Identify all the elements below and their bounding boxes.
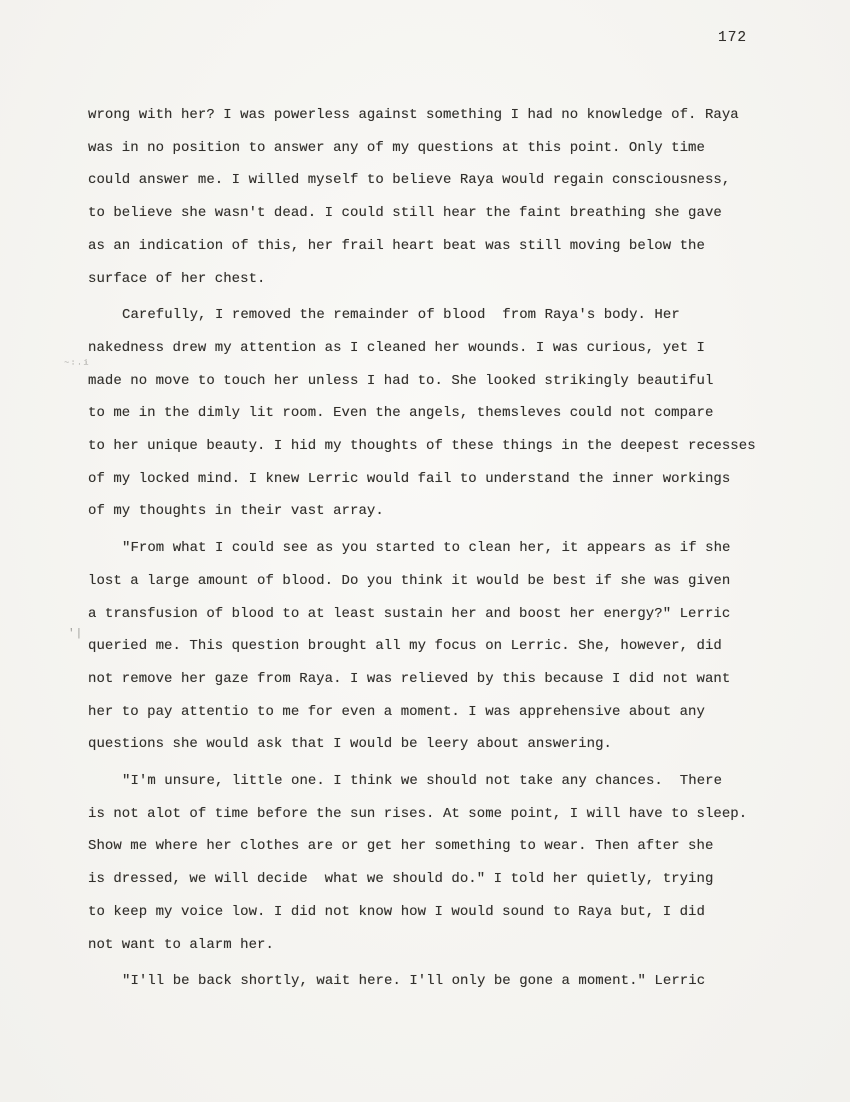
text-line: Carefully, I removed the remainder of bl…	[88, 299, 788, 332]
page-text: wrong with her? I was powerless against …	[88, 99, 788, 998]
manuscript-page: 172 wrong with her? I was powerless agai…	[0, 0, 850, 1102]
text-line: to her unique beauty. I hid my thoughts …	[88, 430, 788, 463]
text-line: her to pay attentio to me for even a mom…	[88, 696, 788, 729]
text-line: not remove her gaze from Raya. I was rel…	[88, 663, 788, 696]
correction-smudge: '|	[68, 628, 83, 640]
text-line: to me in the dimly lit room. Even the an…	[88, 397, 788, 430]
text-line: queried me. This question brought all my…	[88, 630, 788, 663]
text-line: to believe she wasn't dead. I could stil…	[88, 197, 788, 230]
text-line: as an indication of this, her frail hear…	[88, 230, 788, 263]
text-line: not want to alarm her.	[88, 929, 788, 962]
text-line: a transfusion of blood to at least susta…	[88, 598, 788, 631]
text-line: to keep my voice low. I did not know how…	[88, 896, 788, 929]
page-number: 172	[718, 30, 747, 46]
text-line: "I'll be back shortly, wait here. I'll o…	[88, 965, 788, 998]
text-line: nakedness drew my attention as I cleaned…	[88, 332, 788, 365]
text-line: of my thoughts in their vast array.	[88, 495, 788, 528]
text-line: made no move to touch her unless I had t…	[88, 365, 788, 398]
text-line: questions she would ask that I would be …	[88, 728, 788, 761]
text-line: "From what I could see as you started to…	[88, 532, 788, 565]
text-line: of my locked mind. I knew Lerric would f…	[88, 463, 788, 496]
text-line: surface of her chest.	[88, 263, 788, 296]
text-line: is not alot of time before the sun rises…	[88, 798, 788, 831]
text-line: is dressed, we will decide what we shoul…	[88, 863, 788, 896]
correction-smudge: ~:.i	[64, 359, 90, 367]
text-line: was in no position to answer any of my q…	[88, 132, 788, 165]
text-line: "I'm unsure, little one. I think we shou…	[88, 765, 788, 798]
text-line: lost a large amount of blood. Do you thi…	[88, 565, 788, 598]
text-line: wrong with her? I was powerless against …	[88, 99, 788, 132]
text-line: Show me where her clothes are or get her…	[88, 830, 788, 863]
text-line: could answer me. I willed myself to beli…	[88, 164, 788, 197]
